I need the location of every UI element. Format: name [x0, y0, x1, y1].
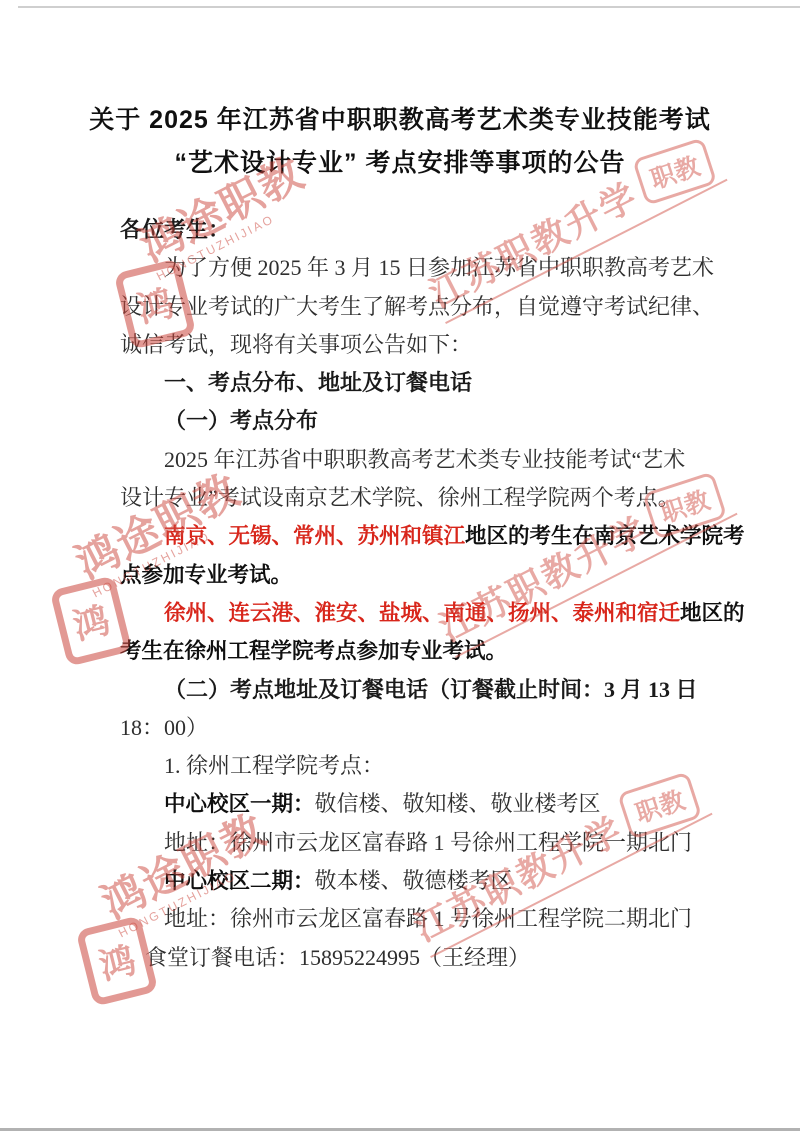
xuzhou-regions-line-1: 徐州、连云港、淮安、盐城、南通、扬州、泰州和宿迁地区的 — [120, 594, 692, 632]
doc-title-line-1: 关于 2025 年江苏省中职职教高考艺术类专业技能考试 — [0, 100, 800, 136]
section-1-1-heading: （一）考点分布 — [120, 402, 692, 440]
intro-line-3: 诚信考试，现将有关事项公告如下： — [120, 326, 692, 364]
campus-2-line: 中心校区二期：敬本楼、敬德楼考区 — [120, 862, 692, 900]
salutation: 各位考生： — [120, 211, 692, 249]
intro-line-1: 为了方便 2025 年 3 月 15 日参加江苏省中职职教高考艺术 — [120, 249, 692, 287]
section-1-2-heading-line-2: 18：00） — [120, 709, 692, 747]
section-1-heading: 一、考点分布、地址及订餐电话 — [120, 364, 692, 402]
canteen-phone-line: 食堂订餐电话：15895224995（王经理） — [120, 939, 692, 977]
xuzhou-site-title: 1. 徐州工程学院考点： — [120, 747, 692, 785]
campus-2-address: 地址：徐州市云龙区富春路 1 号徐州工程学院二期北门 — [120, 900, 692, 938]
section-1-2-heading-line-1: （二）考点地址及订餐电话（订餐截止时间：3 月 13 日 — [120, 671, 692, 709]
document-body: 各位考生： 为了方便 2025 年 3 月 15 日参加江苏省中职职教高考艺术 … — [120, 211, 692, 977]
campus-2-value: 敬本楼、敬德楼考区 — [315, 868, 513, 893]
xuzhou-regions-line-2: 考生在徐州工程学院考点参加专业考试。 — [120, 632, 692, 670]
xuzhou-region-list: 徐州、连云港、淮安、盐城、南通、扬州、泰州和宿迁 — [164, 601, 680, 625]
campus-1-address: 地址：徐州市云龙区富春路 1 号徐州工程学院一期北门 — [120, 824, 692, 862]
campus-1-value: 敬信楼、敬知楼、敬业楼考区 — [315, 791, 601, 816]
scan-edge-bottom — [0, 1128, 800, 1131]
nanjing-regions-line-1: 南京、无锡、常州、苏州和镇江地区的考生在南京艺术学院考 — [120, 517, 692, 555]
campus-1-line: 中心校区一期：敬信楼、敬知楼、敬业楼考区 — [120, 785, 692, 823]
campus-1-label: 中心校区一期： — [164, 792, 315, 816]
intro-line-2: 设计专业考试的广大考生了解考点分布，自觉遵守考试纪律、 — [120, 288, 692, 326]
doc-title-line-2: “艺术设计专业” 考点安排等事项的公告 — [0, 143, 800, 179]
hongtu-seal-char: 鸿 — [67, 592, 114, 650]
scan-edge-top — [18, 6, 800, 8]
nanjing-site-text-1: 地区的考生在南京艺术学院考 — [465, 524, 745, 548]
nanjing-regions-line-2: 点参加专业考试。 — [120, 556, 692, 594]
nanjing-region-list: 南京、无锡、常州、苏州和镇江 — [164, 524, 465, 548]
xuzhou-site-text-1: 地区的 — [680, 601, 745, 625]
distribution-line-2: 设计专业”考试设南京艺术学院、徐州工程学院两个考点。 — [120, 479, 692, 517]
campus-2-label: 中心校区二期： — [164, 869, 315, 893]
distribution-line-1: 2025 年江苏省中职职教高考艺术类专业技能考试“艺术 — [120, 441, 692, 479]
